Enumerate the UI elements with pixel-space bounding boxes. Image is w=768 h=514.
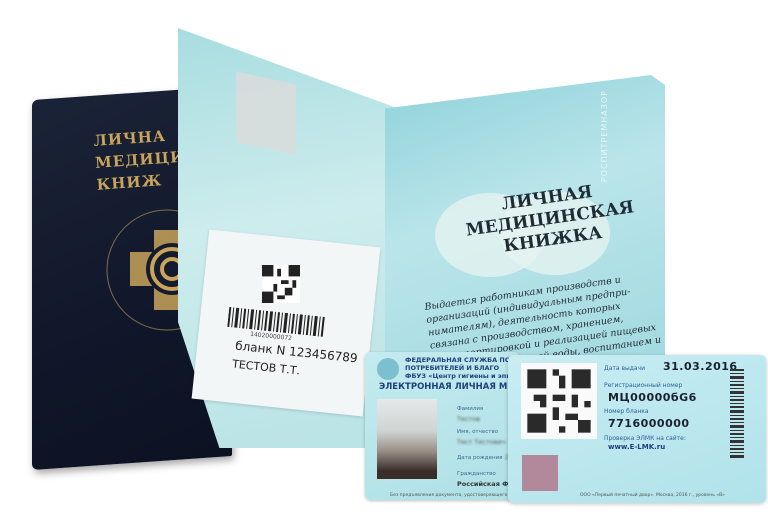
field-label: Дата рождения bbox=[457, 455, 502, 461]
vertical-barcode-icon bbox=[730, 369, 744, 459]
card-title: ЭЛЕКТРОННАЯ ЛИЧНАЯ М bbox=[379, 382, 507, 392]
reg-number: МЦ00000бG6 bbox=[608, 391, 697, 404]
issue-date-label: Дата выдачи bbox=[604, 365, 645, 372]
id-card-front: Дата выдачи 31.03.2016 Регистрационный н… bbox=[508, 355, 766, 503]
blank-number-label: Номер бланка bbox=[604, 408, 649, 415]
holder-photo bbox=[377, 399, 437, 479]
card-footer: Без предъявления документа, удостоверяющ… bbox=[390, 493, 507, 498]
card-header-line: ПОТРЕБИТЕЛЕЙ И БЛАГО bbox=[405, 364, 520, 372]
field-label: Фамилия bbox=[457, 406, 483, 412]
qr-code-icon bbox=[521, 363, 597, 439]
issue-date: 31.03.2016 bbox=[663, 360, 738, 373]
crest-icon bbox=[377, 358, 399, 380]
field-value: Тестов bbox=[457, 415, 480, 423]
check-url: www.E-LMK.ru bbox=[608, 443, 665, 451]
check-label: Проверка ЭЛМК на сайте: bbox=[604, 435, 686, 442]
photo-placeholder bbox=[236, 72, 296, 155]
card-header-line: ФБУЗ «Центр гигиены и эпидем bbox=[405, 372, 520, 380]
reg-number-label: Регистрационный номер bbox=[604, 382, 682, 389]
field-value: Тест Тестович bbox=[457, 438, 506, 446]
card-header-line: ФЕДЕРАЛЬНАЯ СЛУЖБА ПО НАДЗ bbox=[405, 356, 520, 364]
field-label: Гражданство bbox=[457, 471, 496, 477]
hologram-seal-icon bbox=[522, 455, 558, 491]
agency-side-text: РОСПИТРЕМНАЗОР bbox=[600, 90, 609, 182]
blank-number: 7716000000 bbox=[608, 417, 690, 430]
field-label: Имя, отчество bbox=[457, 429, 498, 435]
qr-code-icon bbox=[262, 265, 300, 303]
card-header: ФЕДЕРАЛЬНАЯ СЛУЖБА ПО НАДЗ ПОТРЕБИТЕЛЕЙ … bbox=[405, 356, 520, 380]
id-card-back: ФЕДЕРАЛЬНАЯ СЛУЖБА ПО НАДЗ ПОТРЕБИТЕЛЕЙ … bbox=[365, 352, 520, 500]
card-footer: ООО «Первый печатный двор». Москва, 2016… bbox=[580, 493, 725, 498]
